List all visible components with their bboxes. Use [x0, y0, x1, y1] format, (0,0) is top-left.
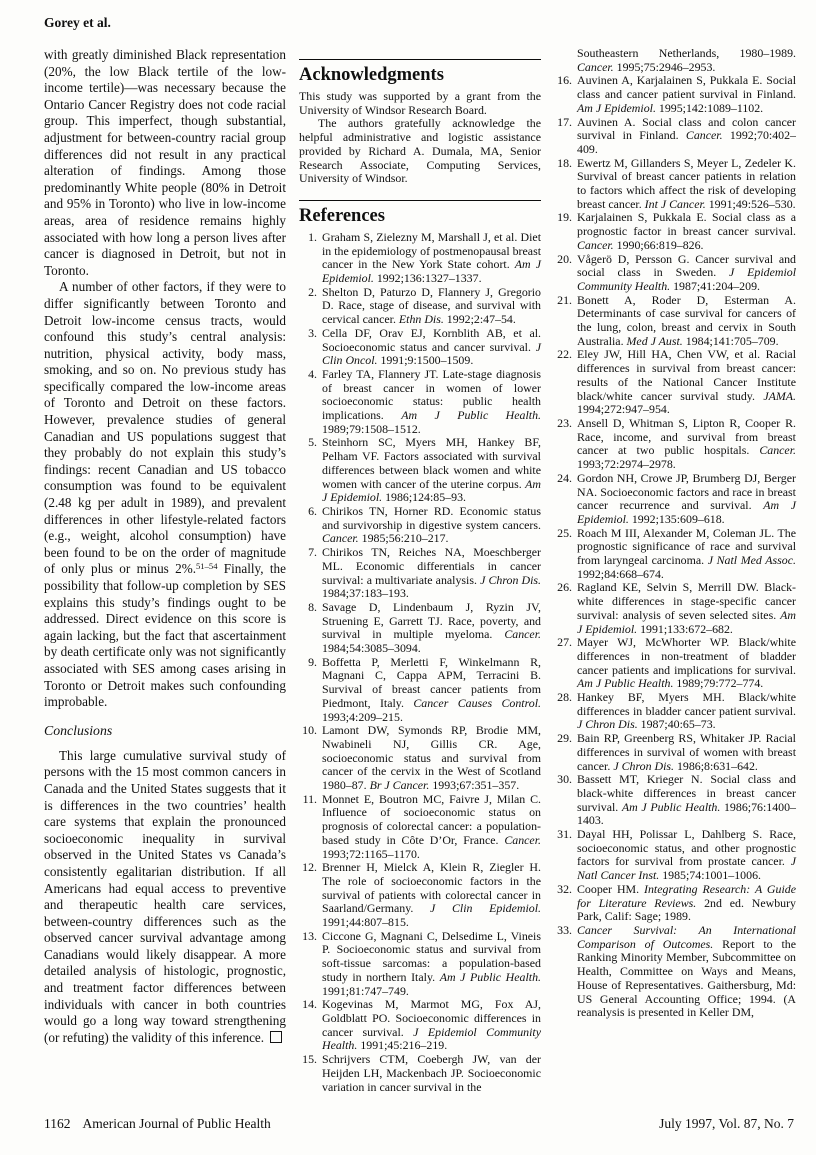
text-run: 1986;8:631–642. — [674, 759, 758, 773]
reference-text: Graham S, Zielezny M, Marshall J, et al.… — [322, 231, 541, 286]
journal-title-italic: Ethn Dis. — [399, 312, 444, 326]
reference-item: 32.Cooper HM. Integrating Research: A Gu… — [554, 883, 796, 924]
reference-number: 2. — [299, 286, 322, 327]
reference-number: 12. — [299, 861, 322, 930]
reference-item: 7.Chirikos TN, Reiches NA, Moeschberger … — [299, 546, 541, 601]
text-run: 1991;81:747–749. — [322, 984, 409, 998]
journal-title-italic: Am J Public Health. — [401, 408, 541, 422]
reference-text: Lamont DW, Symonds RP, Brodie MM, Nwabin… — [322, 724, 541, 793]
reference-number: 22. — [554, 348, 577, 417]
reference-text: Dayal HH, Polissar L, Dahlberg S. Race, … — [577, 828, 796, 883]
text-run: This study was supported by a grant from… — [299, 89, 541, 117]
text-run: 1991;45:216–219. — [357, 1038, 447, 1052]
reference-item: 29.Bain RP, Greenberg RS, Whitaker JP. R… — [554, 732, 796, 773]
reference-item: 16.Auvinen A, Karjalainen S, Pukkala E. … — [554, 74, 796, 115]
reference-item: 5.Steinhorn SC, Myers MH, Hankey BF, Pel… — [299, 436, 541, 505]
text-run: 1995;75:2946–2953. — [614, 60, 716, 74]
paragraph: The authors gratefully acknowledge the h… — [299, 117, 541, 186]
reference-text: Schrijvers CTM, Coebergh JW, van der Hei… — [322, 1053, 541, 1094]
reference-text: Brenner H, Mielck A, Klein R, Ziegler H.… — [322, 861, 541, 930]
journal-name: American Journal of Public Health — [83, 1116, 271, 1131]
text-run: Auvinen A, Karjalainen S, Pukkala E. Soc… — [577, 73, 796, 101]
reference-number: 11. — [299, 793, 322, 862]
reference-list-col1: 1.Graham S, Zielezny M, Marshall J, et a… — [299, 231, 541, 1094]
journal-page: Gorey et al. with greatly diminished Bla… — [0, 0, 816, 1155]
reference-number: 26. — [554, 581, 577, 636]
journal-title-italic: Cancer. — [322, 531, 359, 545]
reference-number: 24. — [554, 472, 577, 527]
journal-title-italic: Am J Epidemiol. — [577, 101, 656, 115]
reference-item: 17.Auvinen A. Social class and colon can… — [554, 116, 796, 157]
reference-number: 7. — [299, 546, 322, 601]
conclusions-text: This large cumulative survival study of … — [44, 748, 286, 1047]
reference-text: Monnet E, Boutron MC, Faivre J, Milan C.… — [322, 793, 541, 862]
reference-item: 8.Savage D, Lindenbaum J, Ryzin JV, Stru… — [299, 601, 541, 656]
reference-number: 17. — [554, 116, 577, 157]
reference-number: 3. — [299, 327, 322, 368]
reference-list-col2: 16.Auvinen A, Karjalainen S, Pukkala E. … — [554, 74, 796, 1020]
footer-issue: July 1997, Vol. 87, No. 7 — [659, 1116, 794, 1132]
reference-item: 12.Brenner H, Mielck A, Klein R, Ziegler… — [299, 861, 541, 930]
text-run: 1994;272:947–954. — [577, 402, 670, 416]
reference-text: Bonett A, Roder D, Esterman A. Determina… — [577, 294, 796, 349]
reference-number: 4. — [299, 368, 322, 437]
text-run: 1984;54:3085–3094. — [322, 641, 421, 655]
reference-item: 14.Kogevinas M, Marmot MG, Fox AJ, Goldb… — [299, 998, 541, 1053]
reference-text: Eley JW, Hill HA, Chen VW, et al. Racial… — [577, 348, 796, 417]
text-run: Finally, the possibility that follow-up … — [44, 561, 286, 709]
column-left: with greatly diminished Black representa… — [44, 47, 286, 1094]
text-run: Schrijvers CTM, Coebergh JW, van der Hei… — [322, 1052, 541, 1093]
reference-item: 25.Roach M III, Alexander M, Coleman JL.… — [554, 527, 796, 582]
text-run: 1991;49:526–530. — [706, 197, 796, 211]
journal-title-italic: J Natl Med Assoc. — [708, 553, 796, 567]
reference-item: 26.Ragland KE, Selvin S, Merrill DW. Bla… — [554, 581, 796, 636]
reference-item: 13.Ciccone G, Magnani C, Delsedime L, Vi… — [299, 930, 541, 999]
reference-item: 21.Bonett A, Roder D, Esterman A. Determ… — [554, 294, 796, 349]
text-run: 1991;133:672–682. — [637, 622, 733, 636]
reference-item: 33.Cancer Survival: An International Com… — [554, 924, 796, 1020]
reference-text: Mayer WJ, McWhorter WP. Black/white diff… — [577, 636, 796, 691]
page-footer: 1162American Journal of Public Health Ju… — [44, 1116, 794, 1132]
reference-item: 6.Chirikos TN, Horner RD. Economic statu… — [299, 505, 541, 546]
reference-item: 19.Karjalainen S, Pukkala E. Social clas… — [554, 211, 796, 252]
section-rule — [299, 200, 541, 201]
reference-number: 23. — [554, 417, 577, 472]
reference-text: Karjalainen S, Pukkala E. Social class a… — [577, 211, 796, 252]
reference-text: Vågerö D, Persson G. Cancer survival and… — [577, 253, 796, 294]
reference-item: 30.Bassett MT, Krieger N. Social class a… — [554, 773, 796, 828]
reference-number: 31. — [554, 828, 577, 883]
journal-title-italic: Cancer. — [577, 60, 614, 74]
text-run: 1987;41:204–209. — [670, 279, 760, 293]
reference-number: 13. — [299, 930, 322, 999]
text-run: 1985;56:210–217. — [359, 531, 449, 545]
journal-title-italic: J Chron Dis. — [613, 759, 674, 773]
reference-number: 21. — [554, 294, 577, 349]
acknowledgments-heading: Acknowledgments — [299, 65, 541, 86]
text-run: 1993;72:1165–1170. — [322, 847, 420, 861]
reference-item: 4.Farley TA, Flannery JT. Late-stage dia… — [299, 368, 541, 437]
three-column-layout: with greatly diminished Black representa… — [44, 47, 796, 1094]
text-run: Graham S, Zielezny M, Marshall J, et al.… — [322, 230, 541, 271]
reference-text: Gordon NH, Crowe JP, Brumberg DJ, Berger… — [577, 472, 796, 527]
reference-number: 1. — [299, 231, 322, 286]
reference-number: 20. — [554, 253, 577, 294]
reference-text: Ragland KE, Selvin S, Merrill DW. Black-… — [577, 581, 796, 636]
reference-text: Bain RP, Greenberg RS, Whitaker JP. Raci… — [577, 732, 796, 773]
text-run: 1984;37:183–193. — [322, 586, 409, 600]
text-run: Ragland KE, Selvin S, Merrill DW. Black-… — [577, 580, 796, 621]
text-run: with greatly diminished Black representa… — [44, 47, 286, 278]
reference-text: Boffetta P, Merletti F, Winkelmann R, Ma… — [322, 656, 541, 725]
text-run: 1992;84:668–674. — [577, 567, 664, 581]
text-run: Mayer WJ, McWhorter WP. Black/white diff… — [577, 635, 796, 676]
paragraph: with greatly diminished Black representa… — [44, 47, 286, 279]
reference-text: Shelton D, Paturzo D, Flannery J, Gregor… — [322, 286, 541, 327]
reference-item: 28.Hankey BF, Myers MH. Black/white diff… — [554, 691, 796, 732]
text-run: 1992;136:1327–1337. — [374, 271, 482, 285]
journal-title-italic: Cancer. — [577, 238, 614, 252]
text-run: 1989;79:772–774. — [673, 676, 763, 690]
reference-text: Auvinen A. Social class and colon cancer… — [577, 116, 796, 157]
reference-number: 30. — [554, 773, 577, 828]
journal-title-italic: J Clin Epidemiol. — [430, 901, 541, 915]
reference-number: 27. — [554, 636, 577, 691]
reference-text: Cella DF, Orav EJ, Kornblith AB, et al. … — [322, 327, 541, 368]
reference-item: 1.Graham S, Zielezny M, Marshall J, et a… — [299, 231, 541, 286]
reference-number: 15. — [299, 1053, 322, 1094]
footer-left: 1162American Journal of Public Health — [44, 1116, 271, 1132]
reference-number: 6. — [299, 505, 322, 546]
text-run: 1993;4:209–215. — [322, 710, 403, 724]
reference-number: 29. — [554, 732, 577, 773]
column-right: Southeastern Netherlands, 1980–1989. Can… — [554, 47, 796, 1094]
reference-item: 10.Lamont DW, Symonds RP, Brodie MM, Nwa… — [299, 724, 541, 793]
reference-item: 11.Monnet E, Boutron MC, Faivre J, Milan… — [299, 793, 541, 862]
text-run: 1984;141:705–709. — [683, 334, 779, 348]
citation-superscript: 51–54 — [196, 561, 217, 571]
reference-number: 18. — [554, 157, 577, 212]
reference-text: Roach M III, Alexander M, Coleman JL. Th… — [577, 527, 796, 582]
text-run: 1992;2:47–54. — [444, 312, 516, 326]
reference-text: Savage D, Lindenbaum J, Ryzin JV, Struen… — [322, 601, 541, 656]
references-heading: References — [299, 206, 541, 227]
paragraph: This study was supported by a grant from… — [299, 90, 541, 117]
reference-number: 10. — [299, 724, 322, 793]
reference-item: 23.Ansell D, Whitman S, Lipton R, Cooper… — [554, 417, 796, 472]
reference-number: 16. — [554, 74, 577, 115]
journal-title-italic: Cancer Causes Control. — [413, 696, 541, 710]
text-run: Karjalainen S, Pukkala E. Social class a… — [577, 210, 796, 238]
text-run: Cooper HM. — [577, 882, 644, 896]
reference-number: 28. — [554, 691, 577, 732]
reference-item: 24.Gordon NH, Crowe JP, Brumberg DJ, Ber… — [554, 472, 796, 527]
reference-item: 22.Eley JW, Hill HA, Chen VW, et al. Rac… — [554, 348, 796, 417]
reference-item: 15.Schrijvers CTM, Coebergh JW, van der … — [299, 1053, 541, 1094]
reference-number: 8. — [299, 601, 322, 656]
reference-item: 3.Cella DF, Orav EJ, Kornblith AB, et al… — [299, 327, 541, 368]
reference-text: Kogevinas M, Marmot MG, Fox AJ, Goldblat… — [322, 998, 541, 1053]
journal-title-italic: Cancer. — [504, 627, 541, 641]
reference-number: 5. — [299, 436, 322, 505]
page-number: 1162 — [44, 1116, 71, 1131]
text-run: This large cumulative survival study of … — [44, 748, 286, 1045]
journal-title-italic: Cancer. — [686, 128, 723, 142]
reference-text: Ewertz M, Gillanders S, Meyer L, Zedeler… — [577, 157, 796, 212]
text-run: 1993;67:351–357. — [429, 778, 519, 792]
acknowledgments-text: This study was supported by a grant from… — [299, 90, 541, 186]
section-rule — [299, 59, 541, 60]
journal-title-italic: Br J Cancer. — [370, 778, 430, 792]
reference-text: Chirikos TN, Reiches NA, Moeschberger ML… — [322, 546, 541, 601]
journal-title-italic: Cancer. — [759, 443, 796, 457]
text-run: Chirikos TN, Horner RD. Economic status … — [322, 504, 541, 532]
reference-number: 32. — [554, 883, 577, 924]
journal-title-italic: Am J Public Health. — [577, 676, 673, 690]
reference-number: 25. — [554, 527, 577, 582]
reference-number: 33. — [554, 924, 577, 1020]
journal-title-italic: Am J Public Health. — [622, 800, 720, 814]
reference-item: 9.Boffetta P, Merletti F, Winkelmann R, … — [299, 656, 541, 725]
reference-number: 19. — [554, 211, 577, 252]
paragraph: A number of other factors, if they were … — [44, 279, 286, 710]
reference-text: Hankey BF, Myers MH. Black/white differe… — [577, 691, 796, 732]
text-run: 1987;40:65–73. — [638, 717, 716, 731]
text-run: Southeastern Netherlands, 1980–1989. — [577, 46, 796, 60]
reference-text: Ansell D, Whitman S, Lipton R, Cooper R.… — [577, 417, 796, 472]
text-run: 1985;74:1001–1006. — [659, 868, 761, 882]
discussion-text: with greatly diminished Black representa… — [44, 47, 286, 711]
reference-item: 2.Shelton D, Paturzo D, Flannery J, Greg… — [299, 286, 541, 327]
reference-item: 31.Dayal HH, Polissar L, Dahlberg S. Rac… — [554, 828, 796, 883]
text-run: 1995;142:1089–1102. — [656, 101, 763, 115]
reference-item: 18.Ewertz M, Gillanders S, Meyer L, Zede… — [554, 157, 796, 212]
text-run: A number of other factors, if they were … — [44, 279, 286, 576]
text-run: 1991;9:1500–1509. — [378, 353, 474, 367]
text-run: Dayal HH, Polissar L, Dahlberg S. Race, … — [577, 827, 796, 868]
reference-text: Bassett MT, Krieger N. Social class and … — [577, 773, 796, 828]
text-run: Steinhorn SC, Myers MH, Hankey BF, Pelha… — [322, 435, 541, 490]
reference-text: Auvinen A, Karjalainen S, Pukkala E. Soc… — [577, 74, 796, 115]
journal-title-italic: J Chron Dis. — [480, 573, 541, 587]
journal-title-italic: JAMA. — [763, 389, 796, 403]
text-run: Hankey BF, Myers MH. Black/white differe… — [577, 690, 796, 718]
conclusions-heading: Conclusions — [44, 723, 286, 739]
reference-continuation: Southeastern Netherlands, 1980–1989. Can… — [577, 47, 796, 74]
reference-number: 9. — [299, 656, 322, 725]
text-run: 1993;72:2974–2978. — [577, 457, 676, 471]
reference-text: Cooper HM. Integrating Research: A Guide… — [577, 883, 796, 924]
reference-text: Cancer Survival: An International Compar… — [577, 924, 796, 1020]
journal-title-italic: Am J Public Health. — [440, 970, 541, 984]
journal-title-italic: Med J Aust. — [627, 334, 683, 348]
text-run: 1986;124:85–93. — [382, 490, 466, 504]
journal-title-italic: J Chron Dis. — [577, 717, 638, 731]
reference-text: Chirikos TN, Horner RD. Economic status … — [322, 505, 541, 546]
running-head: Gorey et al. — [44, 15, 111, 31]
text-run: 1989;79:1508–1512. — [322, 422, 421, 436]
column-middle: Acknowledgments This study was supported… — [299, 47, 541, 1094]
text-run: 1991;44:807–815. — [322, 915, 409, 929]
journal-title-italic: Cancer. — [504, 833, 541, 847]
reference-item: 27.Mayer WJ, McWhorter WP. Black/white d… — [554, 636, 796, 691]
paragraph: This large cumulative survival study of … — [44, 748, 286, 1047]
text-run: Cella DF, Orav EJ, Kornblith AB, et al. … — [322, 326, 541, 354]
text-run: The authors gratefully acknowledge the h… — [299, 116, 541, 185]
text-run: 1990;66:819–826. — [614, 238, 704, 252]
end-of-article-marker — [270, 1031, 282, 1043]
reference-text: Farley TA, Flannery JT. Late-stage diagn… — [322, 368, 541, 437]
reference-text: Ciccone G, Magnani C, Delsedime L, Vinei… — [322, 930, 541, 999]
text-run: 1992;135:609–618. — [629, 512, 725, 526]
reference-number: 14. — [299, 998, 322, 1053]
journal-title-italic: Int J Cancer. — [645, 197, 706, 211]
reference-item: 20.Vågerö D, Persson G. Cancer survival … — [554, 253, 796, 294]
reference-text: Steinhorn SC, Myers MH, Hankey BF, Pelha… — [322, 436, 541, 505]
